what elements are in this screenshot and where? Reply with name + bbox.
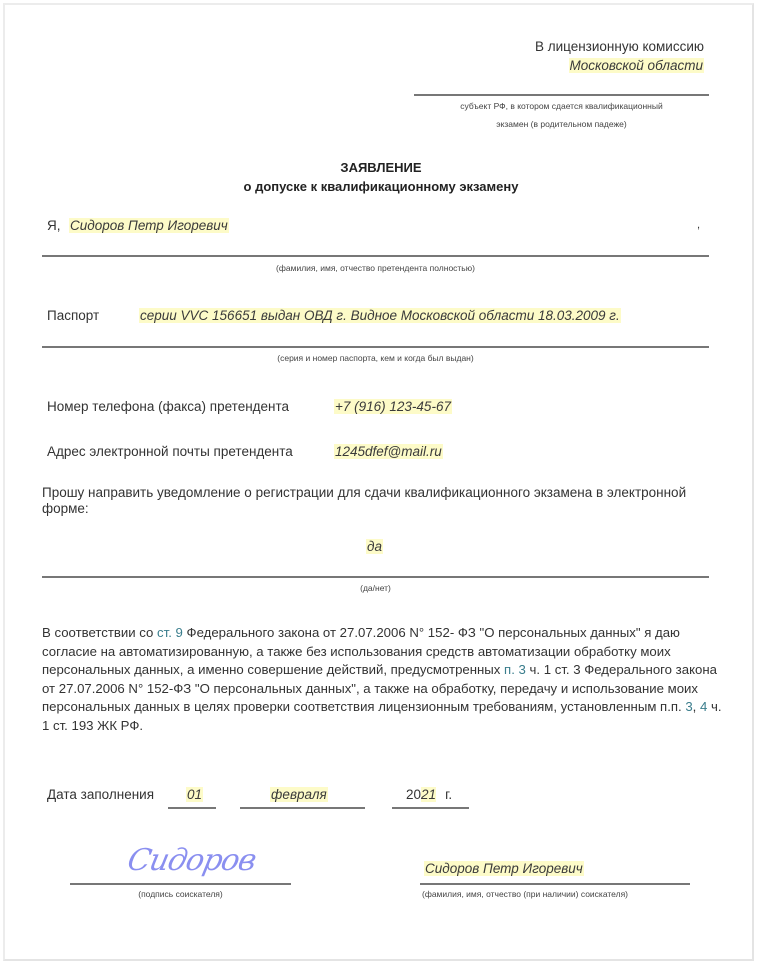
document-page	[3, 3, 754, 961]
date-day-field[interactable]: 01	[186, 787, 203, 802]
applicant-underline	[42, 255, 709, 257]
notification-text: Прошу направить уведомление о регистраци…	[42, 485, 712, 516]
date-year-field[interactable]: 21	[421, 787, 436, 802]
page-subtitle: о допуске к квалификационному экзамену	[0, 179, 762, 194]
page-title: ЗАЯВЛЕНИЕ	[0, 160, 762, 175]
date-year-unit: г.	[445, 787, 452, 802]
applicant-prefix: Я,	[47, 218, 61, 233]
date-label: Дата заполнения	[47, 787, 154, 802]
date-year-underline	[392, 807, 469, 809]
law-link-art9[interactable]: ст. 9	[157, 625, 183, 640]
signature-caption: (подпись соискателя)	[70, 889, 291, 899]
fullname-caption: (фамилия, имя, отчество (при наличии) со…	[420, 889, 692, 899]
law-link-pp3[interactable]: 3	[685, 699, 692, 714]
handwritten-signature: Сидоров	[124, 843, 259, 878]
date-year-prefix: 20	[406, 787, 421, 802]
region-field[interactable]: Московской области	[569, 58, 704, 73]
date-month-field[interactable]: февраля	[270, 787, 328, 802]
applicant-fullname-field[interactable]: Сидоров Петр Игоревич	[424, 861, 584, 876]
region-underline	[414, 94, 709, 96]
notification-field[interactable]: да	[366, 539, 383, 554]
applicant-caption: (фамилия, имя, отчество претендента полн…	[42, 263, 709, 273]
notification-caption: (да/нет)	[42, 583, 709, 593]
passport-label: Паспорт	[47, 308, 99, 323]
consent-text-1: В соответствии со	[42, 625, 157, 640]
phone-field[interactable]: +7 (916) 123-45-67	[334, 399, 452, 414]
date-month-underline	[240, 807, 365, 809]
applicant-trailing-comma: ,	[697, 219, 700, 231]
phone-label: Номер телефона (факса) претендента	[47, 399, 289, 414]
signature-underline	[70, 883, 291, 885]
passport-underline	[42, 346, 709, 348]
consent-text-4: ,	[693, 699, 700, 714]
passport-field[interactable]: серии VVC 156651 выдан ОВД г. Видное Мос…	[139, 308, 621, 323]
region-caption-2: экзамен (в родительном падеже)	[414, 119, 709, 129]
law-link-p3[interactable]: п. 3	[504, 662, 526, 677]
applicant-name-field[interactable]: Сидоров Петр Игоревич	[69, 218, 229, 233]
addressee-line: В лицензионную комиссию	[420, 37, 704, 56]
addressee-block: В лицензионную комиссию Московской облас…	[420, 37, 704, 75]
consent-paragraph: В соответствии со ст. 9 Федерального зак…	[42, 624, 722, 735]
passport-caption: (серия и номер паспорта, кем и когда был…	[42, 353, 709, 363]
email-field[interactable]: 1245dfef@mail.ru	[334, 444, 443, 459]
email-label: Адрес электронной почты претендента	[47, 444, 293, 459]
region-caption-1: субъект РФ, в котором сдается квалификац…	[414, 101, 709, 111]
notification-underline	[42, 576, 709, 578]
date-day-underline	[168, 807, 216, 809]
fullname-underline	[420, 883, 690, 885]
